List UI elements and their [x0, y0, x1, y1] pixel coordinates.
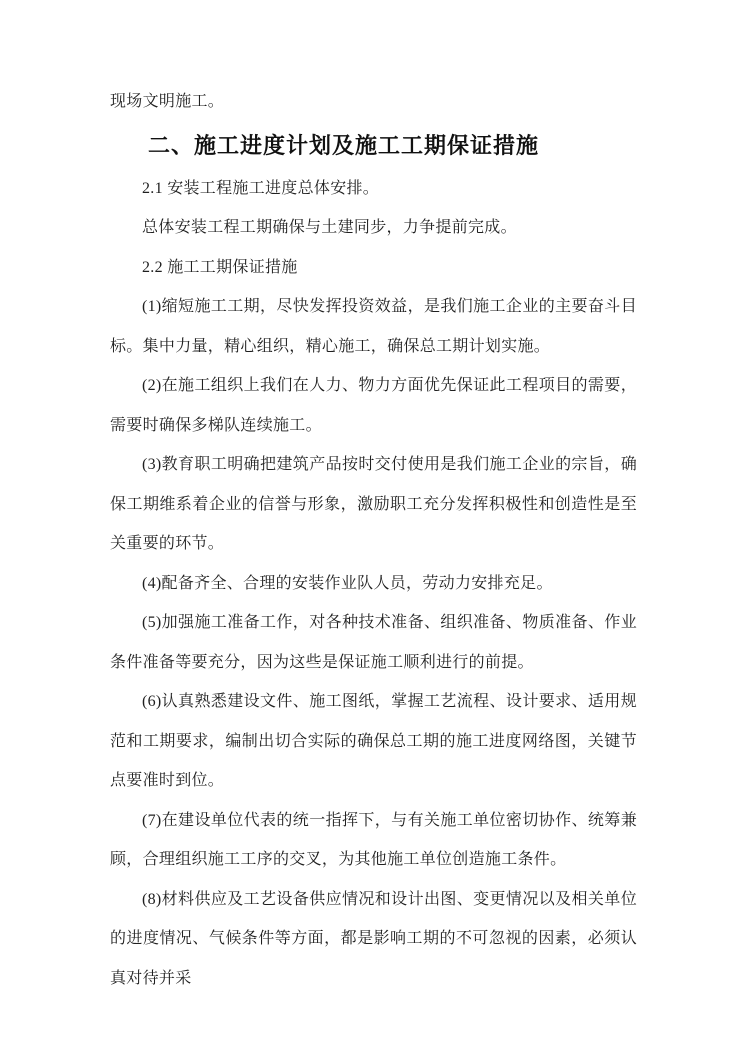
document-page: 现场文明施工。二、施工进度计划及施工工期保证措施2.1 安装工程施工进度总体安排…: [0, 0, 744, 1052]
document-content: 现场文明施工。二、施工进度计划及施工工期保证措施2.1 安装工程施工进度总体安排…: [110, 82, 637, 998]
section-heading: 二、施工进度计划及施工工期保证措施: [110, 122, 637, 169]
paragraph: (1)缩短施工工期，尽快发挥投资效益，是我们施工企业的主要奋斗目标。集中力量，精…: [110, 287, 637, 366]
paragraph: (2)在施工组织上我们在人力、物力方面优先保证此工程项目的需要，需要时确保多梯队…: [110, 366, 637, 445]
paragraph: 现场文明施工。: [110, 82, 637, 122]
paragraph: (6)认真熟悉建设文件、施工图纸，掌握工艺流程、设计要求、适用规范和工期要求，编…: [110, 682, 637, 801]
paragraph: 2.1 安装工程施工进度总体安排。: [110, 169, 637, 209]
paragraph: (7)在建设单位代表的统一指挥下，与有关施工单位密切协作、统筹兼顾，合理组织施工…: [110, 801, 637, 880]
paragraph: (4)配备齐全、合理的安装作业队人员，劳动力安排充足。: [110, 564, 637, 604]
paragraph: (3)教育职工明确把建筑产品按时交付使用是我们施工企业的宗旨，确保工期维系着企业…: [110, 445, 637, 564]
paragraph: (8)材料供应及工艺设备供应情况和设计出图、变更情况以及相关单位的进度情况、气候…: [110, 880, 637, 999]
paragraph: 2.2 施工工期保证措施: [110, 248, 637, 288]
paragraph: (5)加强施工准备工作，对各种技术准备、组织准备、物质准备、作业条件准备等要充分…: [110, 603, 637, 682]
paragraph: 总体安装工程工期确保与土建同步，力争提前完成。: [110, 208, 637, 248]
